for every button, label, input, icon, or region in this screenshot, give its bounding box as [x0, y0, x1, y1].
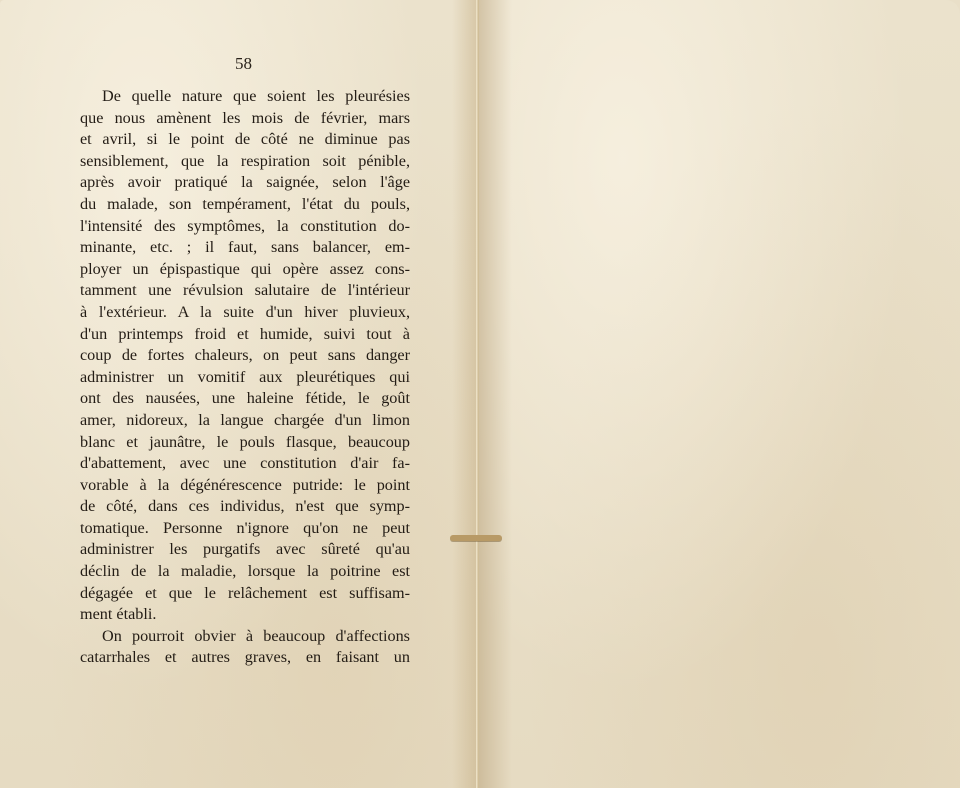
- text-line: que nous amènent les mois de février, ma…: [80, 108, 410, 130]
- text-line: tamment une révulsion salutaire de l'int…: [80, 280, 410, 302]
- text-line: déclin de la maladie, lorsque la poitrin…: [80, 561, 410, 583]
- text-line: De quelle nature que soient les pleurési…: [80, 86, 410, 108]
- text-line: blanc et jaunâtre, le pouls flasque, bea…: [80, 432, 410, 454]
- text-line: et avril, si le point de côté ne diminue…: [80, 129, 410, 151]
- text-line: après avoir pratiqué la saignée, selon l…: [80, 172, 410, 194]
- text-line: d'un printemps froid et humide, suivi to…: [80, 324, 410, 346]
- left-page: 58 De quelle nature que soient les pleur…: [0, 0, 478, 788]
- book-spread: 58 De quelle nature que soient les pleur…: [0, 0, 960, 788]
- text-line: vorable à la dégénérescence putride: le …: [80, 475, 410, 497]
- text-line: du malade, son tempérament, l'état du po…: [80, 194, 410, 216]
- text-line: ont des nausées, une haleine fétide, le …: [80, 388, 410, 410]
- text-line: ment établi.: [80, 604, 410, 626]
- text-line: tomatique. Personne n'ignore qu'on ne pe…: [80, 518, 410, 540]
- text-line: d'abattement, avec une constitution d'ai…: [80, 453, 410, 475]
- text-line: catarrhales et autres graves, en faisant…: [80, 647, 410, 669]
- text-line: amer, nidoreux, la langue chargée d'un l…: [80, 410, 410, 432]
- text-line: coup de fortes chaleurs, on peut sans da…: [80, 345, 410, 367]
- text-line: minante, etc. ; il faut, sans balancer, …: [80, 237, 410, 259]
- text-line: sensiblement, que la respiration soit pé…: [80, 151, 410, 173]
- left-page-text: De quelle nature que soient les pleurési…: [80, 86, 410, 669]
- text-line: l'intensité des symptômes, la constituti…: [80, 216, 410, 238]
- text-line: à l'extérieur. A la suite d'un hiver plu…: [80, 302, 410, 324]
- text-line: ployer un épispastique qui opère assez c…: [80, 259, 410, 281]
- text-line: administrer les purgatifs avec sûreté qu…: [80, 539, 410, 561]
- binding-thread: [450, 535, 502, 541]
- right-page: 59 usage habituel de chemisettes de flan…: [478, 0, 960, 788]
- book-gutter: [476, 0, 479, 788]
- page-number-left: 58: [235, 54, 252, 74]
- text-line: On pourroit obvier à beaucoup d'affectio…: [80, 626, 410, 648]
- text-line: administrer un vomitif aux pleurétiques …: [80, 367, 410, 389]
- text-line: de côté, dans ces individus, n'est que s…: [80, 496, 410, 518]
- text-line: dégagée et que le relâchement est suffis…: [80, 583, 410, 605]
